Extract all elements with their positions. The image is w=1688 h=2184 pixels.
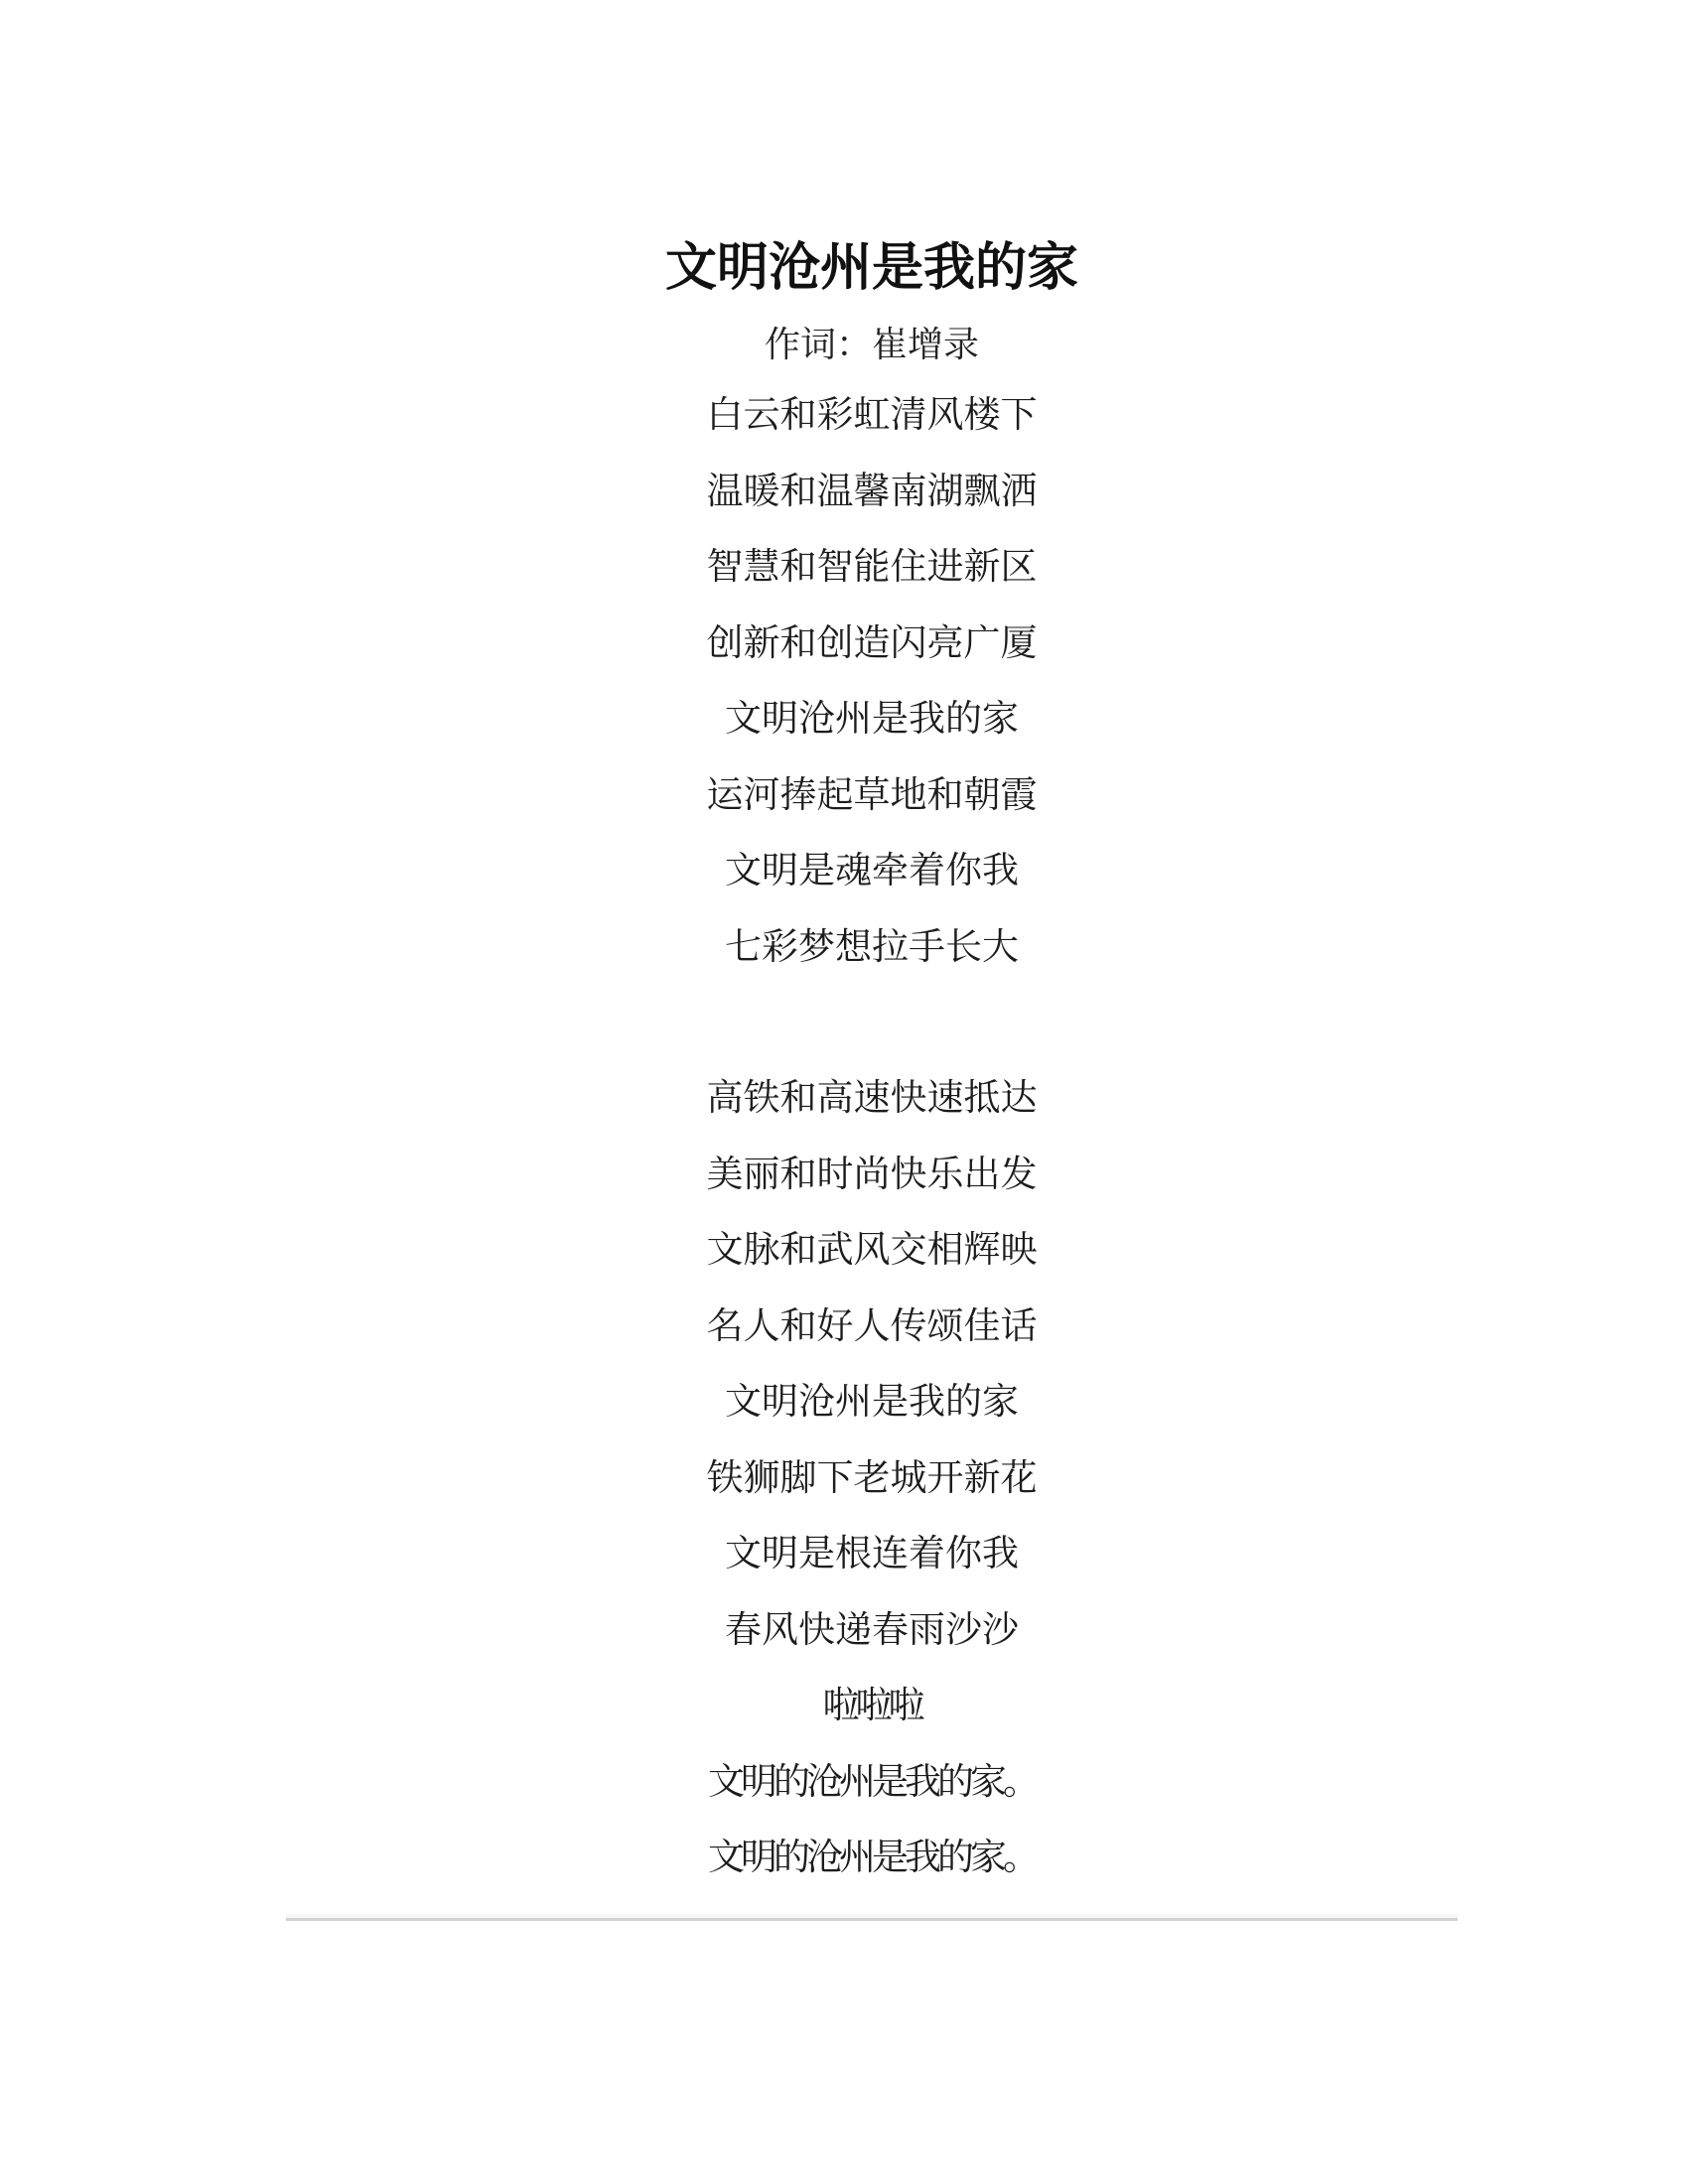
lyric-line: 运河捧起草地和朝霞	[286, 757, 1458, 834]
song-title: 文明沧州是我的家	[286, 230, 1458, 306]
lyric-line: 文明的沧州是我的家。	[286, 1820, 1458, 1896]
lyric-line: 文脉和武风交相辉映	[286, 1212, 1458, 1289]
horizontal-divider	[286, 1914, 1458, 1921]
lyric-line: 啦啦啦	[286, 1668, 1458, 1744]
lyric-line: 白云和彩虹清风楼下	[286, 377, 1458, 454]
lyric-line: 美丽和时尚快乐出发	[286, 1137, 1458, 1213]
lyric-line: 名人和好人传颂佳话	[286, 1289, 1458, 1365]
stanza-1: 白云和彩虹清风楼下 温暖和温馨南湖飘洒 智慧和智能住进新区 创新和创造闪亮广厦 …	[286, 377, 1458, 985]
lyric-line: 铁狮脚下老城开新花	[286, 1440, 1458, 1517]
lyric-line: 智慧和智能住进新区	[286, 529, 1458, 606]
lyricist-credit: 作词：崔增录	[286, 308, 1458, 383]
lyric-line: 文明是魂牵着你我	[286, 833, 1458, 909]
lyric-line: 高铁和高速快速抵达	[286, 1060, 1458, 1137]
lyric-line: 创新和创造闪亮广厦	[286, 606, 1458, 682]
lyric-line: 文明是根连着你我	[286, 1516, 1458, 1592]
lyric-line: 温暖和温馨南湖飘洒	[286, 454, 1458, 530]
lyric-line: 文明沧州是我的家	[286, 681, 1458, 757]
stanza-2: 高铁和高速快速抵达 美丽和时尚快乐出发 文脉和武风交相辉映 名人和好人传颂佳话 …	[286, 1060, 1458, 1896]
lyrics-body: 白云和彩虹清风楼下 温暖和温馨南湖飘洒 智慧和智能住进新区 创新和创造闪亮广厦 …	[286, 377, 1458, 1896]
lyric-line: 文明的沧州是我的家。	[286, 1744, 1458, 1821]
lyric-line: 文明沧州是我的家	[286, 1364, 1458, 1440]
lyric-line: 春风快递春雨沙沙	[286, 1592, 1458, 1669]
lyric-line: 七彩梦想拉手长大	[286, 909, 1458, 986]
